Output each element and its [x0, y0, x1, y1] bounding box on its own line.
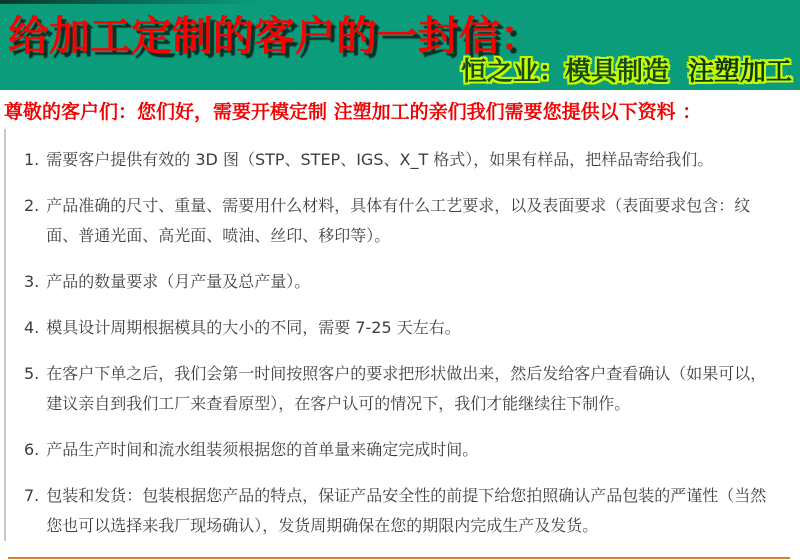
- item-text: 在客户下单之后，我们会第一时间按照客户的要求把形状做出来，然后发给客户查看确认（…: [46, 359, 776, 419]
- bottom-divider: [8, 557, 790, 559]
- item-number: 2.: [24, 191, 39, 251]
- brand-name: 恒之业：模具制造: [461, 57, 669, 87]
- requirements-list: 1. 需要客户提供有效的 3D 图（STP、STEP、IGS、X_T 格式），如…: [24, 145, 776, 541]
- item-number: 1.: [24, 145, 39, 175]
- item-text: 包装和发货：包装根据您产品的特点，保证产品安全性的前提下给您拍照确认产品包装的严…: [46, 481, 776, 541]
- item-text: 需要客户提供有效的 3D 图（STP、STEP、IGS、X_T 格式），如果有样…: [46, 145, 776, 175]
- item-number: 5.: [24, 359, 39, 419]
- brand-tagline: 恒之业：模具制造 注塑加工: [461, 51, 792, 88]
- header-band: 给加工定制的客户的一封信： 恒之业：模具制造 注塑加工: [0, 0, 800, 90]
- list-item: 2. 产品准确的尺寸、重量、需要用什么材料，具体有什么工艺要求，以及表面要求（表…: [24, 191, 776, 251]
- item-number: 4.: [24, 313, 39, 343]
- item-text: 产品生产时间和流水组装须根据您的首单量来确定完成时间。: [46, 435, 776, 465]
- brand-service: 注塑加工: [688, 57, 792, 87]
- item-number: 6.: [24, 435, 39, 465]
- list-item: 1. 需要客户提供有效的 3D 图（STP、STEP、IGS、X_T 格式），如…: [24, 145, 776, 175]
- intro-line: 尊敬的客户们：您们好，需要开模定制 注塑加工的亲们我们需要您提供以下资料 ：: [0, 90, 800, 129]
- list-item: 3. 产品的数量要求（月产量及总产量）。: [24, 267, 776, 297]
- list-item: 4. 模具设计周期根据模具的大小的不同，需要 7-25 天左右。: [24, 313, 776, 343]
- list-item: 6. 产品生产时间和流水组装须根据您的首单量来确定完成时间。: [24, 435, 776, 465]
- item-text: 模具设计周期根据模具的大小的不同，需要 7-25 天左右。: [46, 313, 776, 343]
- list-item: 7. 包装和发货：包装根据您产品的特点，保证产品安全性的前提下给您拍照确认产品包…: [24, 481, 776, 541]
- list-item: 5. 在客户下单之后，我们会第一时间按照客户的要求把形状做出来，然后发给客户查看…: [24, 359, 776, 419]
- item-text: 产品的数量要求（月产量及总产量）。: [46, 267, 776, 297]
- content-box: 1. 需要客户提供有效的 3D 图（STP、STEP、IGS、X_T 格式），如…: [4, 129, 800, 541]
- letter-page: 给加工定制的客户的一封信： 恒之业：模具制造 注塑加工 尊敬的客户们：您们好，需…: [0, 0, 800, 560]
- item-number: 7.: [24, 481, 39, 541]
- item-number: 3.: [24, 267, 39, 297]
- item-text: 产品准确的尺寸、重量、需要用什么材料，具体有什么工艺要求，以及表面要求（表面要求…: [46, 191, 776, 251]
